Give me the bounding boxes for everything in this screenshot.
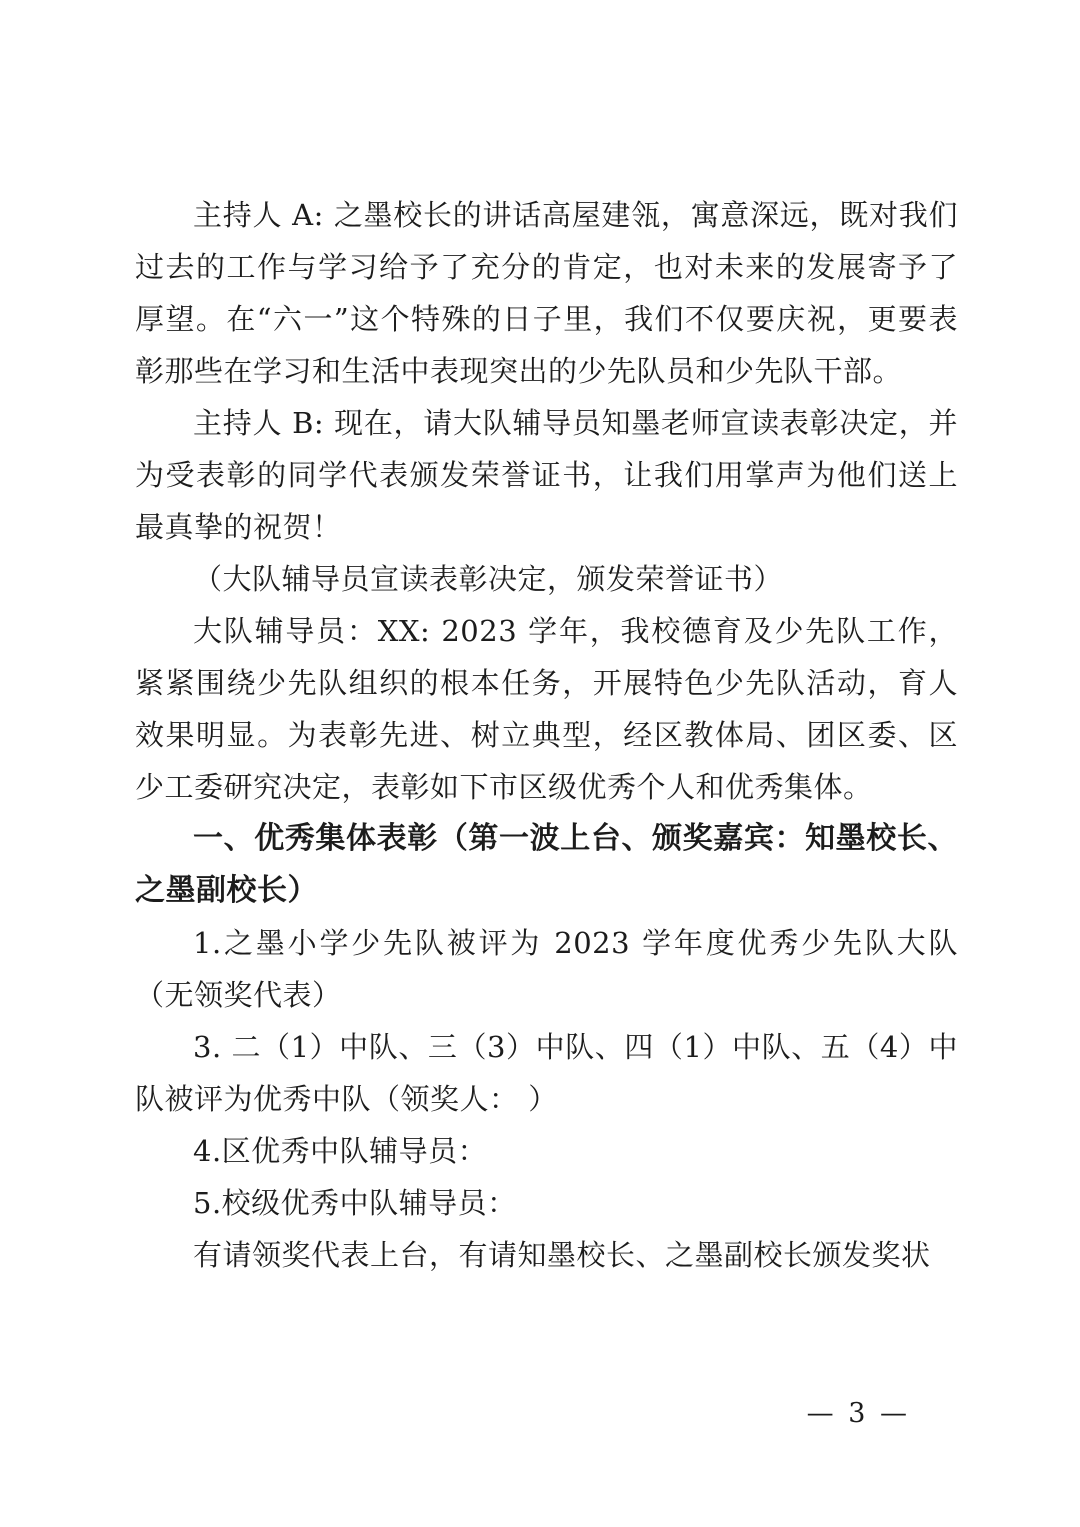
- section-heading-collective-awards: 一、优秀集体表彰（第一波上台、颁奖嘉宾：知墨校长、之墨副校长）: [135, 813, 958, 917]
- document-page: 主持人 A: 之墨校长的讲话高屋建瓴，寓意深远，既对我们过去的工作与学习给予了充…: [0, 0, 1080, 1527]
- award-item-3: 3. 二（1）中队、三（3）中队、四（1）中队、五（4）中队被评为优秀中队（领奖…: [135, 1021, 958, 1125]
- award-item-5: 5.校级优秀中队辅导员：: [135, 1177, 958, 1229]
- paragraph-counselor-speech: 大队辅导员：XX: 2023 学年，我校德育及少先队工作，紧紧围绕少先队组织的根…: [135, 605, 958, 813]
- page-number: — 3 —: [807, 1398, 910, 1430]
- award-item-4: 4.区优秀中队辅导员：: [135, 1125, 958, 1177]
- paragraph-host-a-speech: 主持人 A: 之墨校长的讲话高屋建瓴，寓意深远，既对我们过去的工作与学习给予了充…: [135, 189, 958, 397]
- paragraph-host-b-speech: 主持人 B: 现在，请大队辅导员知墨老师宣读表彰决定，并为受表彰的同学代表颁发荣…: [135, 397, 958, 553]
- award-item-1: 1.之墨小学少先队被评为 2023 学年度优秀少先队大队（无领奖代表）: [135, 917, 958, 1021]
- closing-line: 有请领奖代表上台，有请知墨校长、之墨副校长颁发奖状: [135, 1229, 958, 1281]
- paragraph-stage-direction: （大队辅导员宣读表彰决定，颁发荣誉证书）: [135, 553, 958, 605]
